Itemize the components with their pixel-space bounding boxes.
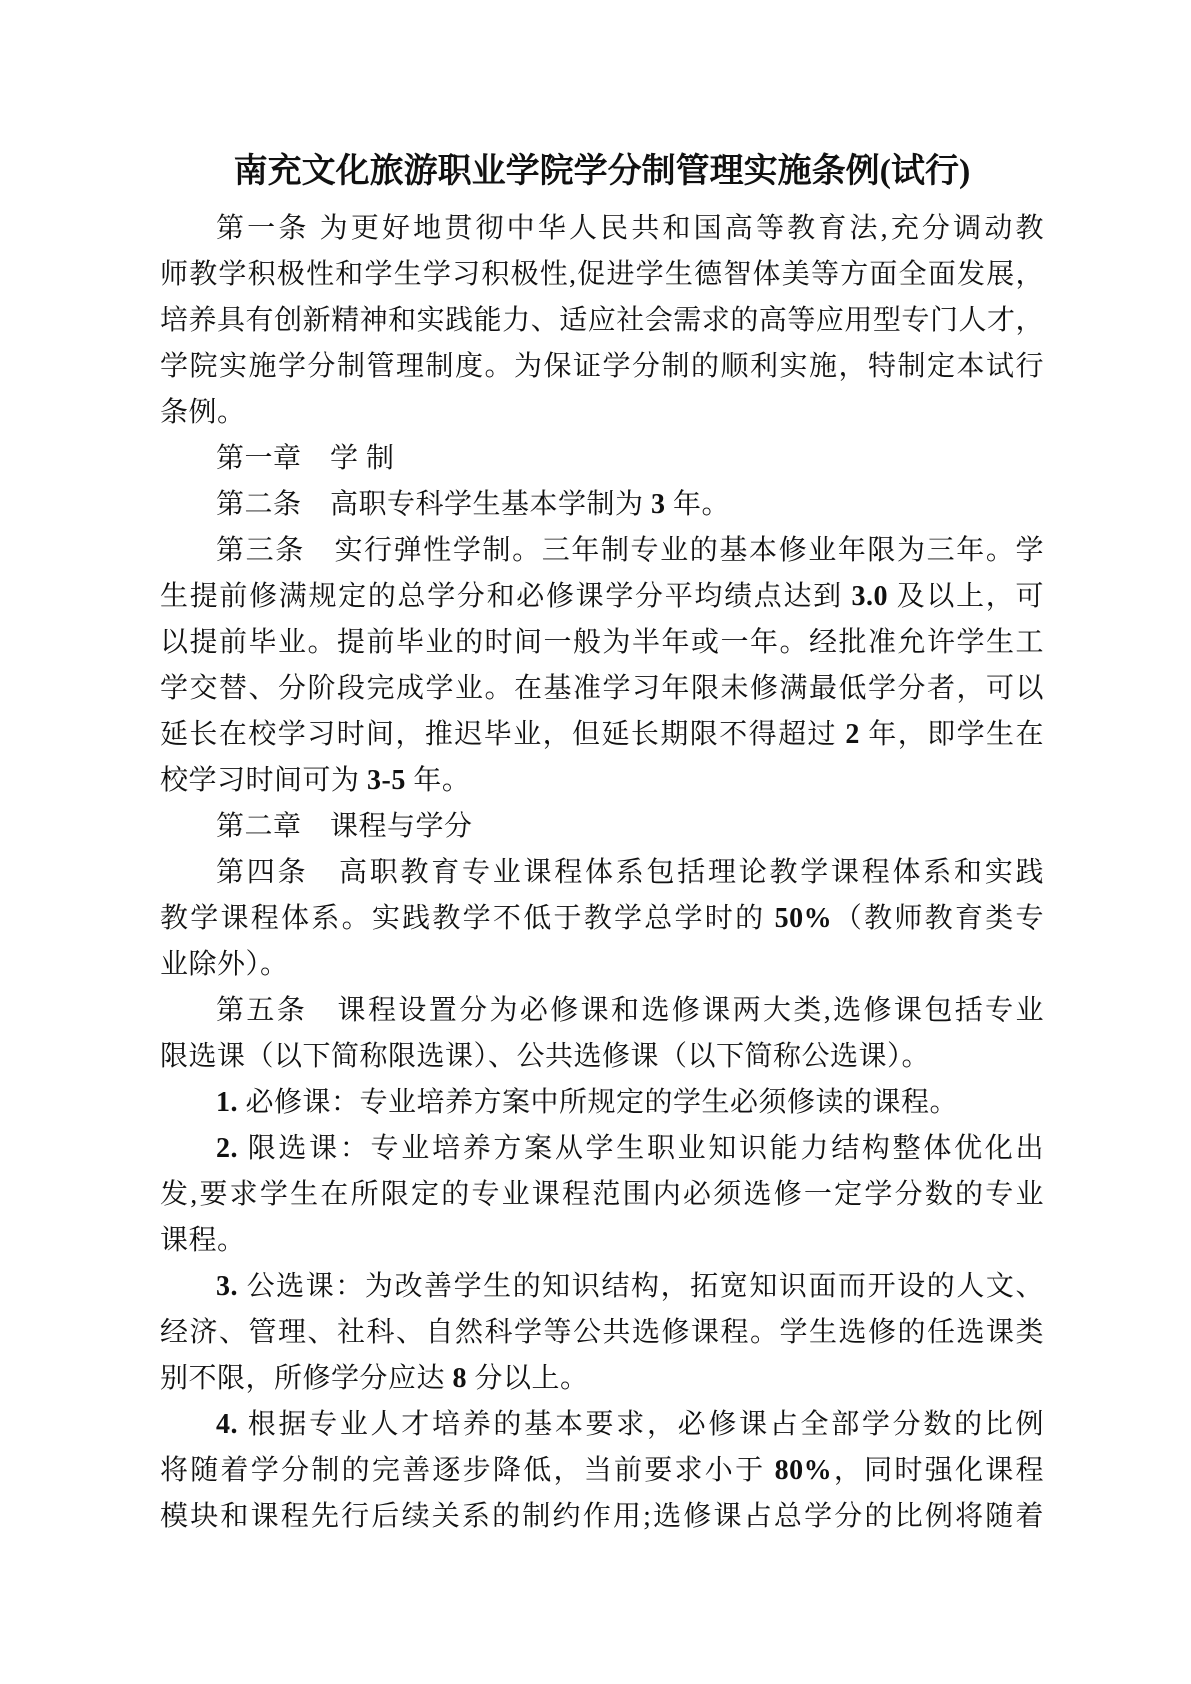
text-line: 2. 限选课：专业培养方案从学生职业知识能力结构整体优化出 xyxy=(160,1126,1044,1172)
text-segment: 模块和课程先行后续关系的制约作用;选修课占总学分的比例将随着 xyxy=(160,1501,1044,1532)
text-line: 教学课程体系。实践教学不低于教学总学时的 50%（教师教育类专 xyxy=(160,896,1044,942)
text-segment: 学院实施学分制管理制度。为保证学分制的顺利实施，特制定本试行 xyxy=(160,351,1044,382)
text-line: 模块和课程先行后续关系的制约作用;选修课占总学分的比例将随着 xyxy=(160,1494,1044,1540)
number-segment: 4. xyxy=(216,1409,238,1440)
text-line: 第一条 为更好地贯彻中华人民共和国高等教育法,充分调动教 xyxy=(160,206,1044,252)
text-line: 学交替、分阶段完成学业。在基准学习年限未修满最低学分者，可以 xyxy=(160,666,1044,712)
number-segment: 50% xyxy=(775,903,833,934)
text-segment: 分以上。 xyxy=(467,1363,589,1394)
text-line: 师教学积极性和学生学习积极性,促进学生德智体美等方面全面发展， xyxy=(160,252,1044,298)
text-segment: 课程。 xyxy=(160,1225,246,1256)
text-line: 第二条 高职专科学生基本学制为 3 年。 xyxy=(160,482,1044,528)
text-segment: 第三条 实行弹性学制。三年制专业的基本修业年限为三年。学 xyxy=(216,535,1044,566)
number-segment: 2. xyxy=(216,1133,238,1164)
number-segment: 8 xyxy=(453,1363,468,1394)
text-segment: 限选课：专业培养方案从学生职业知识能力结构整体优化出 xyxy=(238,1133,1044,1164)
text-segment: 第一条 为更好地贯彻中华人民共和国高等教育法,充分调动教 xyxy=(216,213,1044,244)
text-line: 第一章 学 制 xyxy=(160,436,1044,482)
text-segment: 及以上，可 xyxy=(888,581,1044,612)
number-segment: 3 xyxy=(651,489,666,520)
text-line: 1. 必修课：专业培养方案中所规定的学生必须修读的课程。 xyxy=(160,1080,1044,1126)
page-title: 南充文化旅游职业学院学分制管理实施条例(试行) xyxy=(160,146,1044,198)
text-segment: （教师教育类专 xyxy=(832,903,1044,934)
text-line: 发,要求学生在所限定的专业课程范围内必须选修一定学分数的专业 xyxy=(160,1172,1044,1218)
text-segment: 年。 xyxy=(666,489,731,520)
text-line: 条例。 xyxy=(160,390,1044,436)
text-segment: 别不限，所修学分应达 xyxy=(160,1363,453,1394)
text-segment: 第四条 高职教育专业课程体系包括理论教学课程体系和实践 xyxy=(216,857,1044,888)
text-line: 第五条 课程设置分为必修课和选修课两大类,选修课包括专业 xyxy=(160,988,1044,1034)
text-segment: ，同时强化课程 xyxy=(832,1455,1044,1486)
text-line: 3. 公选课：为改善学生的知识结构，拓宽知识面而开设的人文、 xyxy=(160,1264,1044,1310)
text-line: 第三条 实行弹性学制。三年制专业的基本修业年限为三年。学 xyxy=(160,528,1044,574)
text-segment: 教学课程体系。实践教学不低于教学总学时的 xyxy=(160,903,775,934)
text-line: 将随着学分制的完善逐步降低，当前要求小于 80%，同时强化课程 xyxy=(160,1448,1044,1494)
number-segment: 3. xyxy=(216,1271,238,1302)
text-segment: 年，即学生在 xyxy=(860,719,1044,750)
text-segment: 学交替、分阶段完成学业。在基准学习年限未修满最低学分者，可以 xyxy=(160,673,1044,704)
text-segment: 业除外）。 xyxy=(160,949,289,980)
number-segment: 80% xyxy=(775,1455,833,1486)
text-segment: 培养具有创新精神和实践能力、适应社会需求的高等应用型专门人才， xyxy=(160,305,1044,336)
text-line: 生提前修满规定的总学分和必修课学分平均绩点达到 3.0 及以上，可 xyxy=(160,574,1044,620)
text-segment: 年。 xyxy=(406,765,471,796)
text-segment: 限选课（以下简称限选课）、公共选修课（以下简称公选课）。 xyxy=(160,1041,930,1072)
text-line: 业除外）。 xyxy=(160,942,1044,988)
text-line: 别不限，所修学分应达 8 分以上。 xyxy=(160,1356,1044,1402)
text-segment: 必修课：专业培养方案中所规定的学生必须修读的课程。 xyxy=(238,1087,958,1118)
text-line: 经济、管理、社科、自然科学等公共选修课程。学生选修的任选课类 xyxy=(160,1310,1044,1356)
text-segment: 经济、管理、社科、自然科学等公共选修课程。学生选修的任选课类 xyxy=(160,1317,1044,1348)
document-body: 第一条 为更好地贯彻中华人民共和国高等教育法,充分调动教师教学积极性和学生学习积… xyxy=(160,206,1044,1540)
text-segment: 发,要求学生在所限定的专业课程范围内必须选修一定学分数的专业 xyxy=(160,1179,1044,1210)
text-segment: 条例。 xyxy=(160,397,246,428)
text-line: 校学习时间可为 3-5 年。 xyxy=(160,758,1044,804)
text-segment: 将随着学分制的完善逐步降低，当前要求小于 xyxy=(160,1455,775,1486)
text-segment: 延长在校学习时间，推迟毕业，但延长期限不得超过 xyxy=(160,719,845,750)
text-segment: 第五条 课程设置分为必修课和选修课两大类,选修课包括专业 xyxy=(216,995,1044,1026)
text-line: 学院实施学分制管理制度。为保证学分制的顺利实施，特制定本试行 xyxy=(160,344,1044,390)
text-segment: 公选课：为改善学生的知识结构，拓宽知识面而开设的人文、 xyxy=(238,1271,1044,1302)
text-line: 第四条 高职教育专业课程体系包括理论教学课程体系和实践 xyxy=(160,850,1044,896)
text-line: 4. 根据专业人才培养的基本要求，必修课占全部学分数的比例 xyxy=(160,1402,1044,1448)
number-segment: 3-5 xyxy=(367,765,406,796)
text-segment: 生提前修满规定的总学分和必修课学分平均绩点达到 xyxy=(160,581,852,612)
text-segment: 校学习时间可为 xyxy=(160,765,367,796)
text-line: 第二章 课程与学分 xyxy=(160,804,1044,850)
text-line: 以提前毕业。提前毕业的时间一般为半年或一年。经批准允许学生工 xyxy=(160,620,1044,666)
text-line: 培养具有创新精神和实践能力、适应社会需求的高等应用型专门人才， xyxy=(160,298,1044,344)
text-segment: 以提前毕业。提前毕业的时间一般为半年或一年。经批准允许学生工 xyxy=(160,627,1044,658)
number-segment: 1. xyxy=(216,1087,238,1118)
number-segment: 2 xyxy=(845,719,860,750)
number-segment: 3.0 xyxy=(852,581,889,612)
text-line: 延长在校学习时间，推迟毕业，但延长期限不得超过 2 年，即学生在 xyxy=(160,712,1044,758)
text-segment: 根据专业人才培养的基本要求，必修课占全部学分数的比例 xyxy=(238,1409,1044,1440)
text-segment: 第二条 高职专科学生基本学制为 xyxy=(216,489,651,520)
text-segment: 师教学积极性和学生学习积极性,促进学生德智体美等方面全面发展， xyxy=(160,259,1044,290)
text-line: 课程。 xyxy=(160,1218,1044,1264)
document-page: 南充文化旅游职业学院学分制管理实施条例(试行) 第一条 为更好地贯彻中华人民共和… xyxy=(160,146,1044,1540)
text-line: 限选课（以下简称限选课）、公共选修课（以下简称公选课）。 xyxy=(160,1034,1044,1080)
text-segment: 第一章 学 制 xyxy=(216,443,395,474)
text-segment: 第二章 课程与学分 xyxy=(216,811,473,842)
